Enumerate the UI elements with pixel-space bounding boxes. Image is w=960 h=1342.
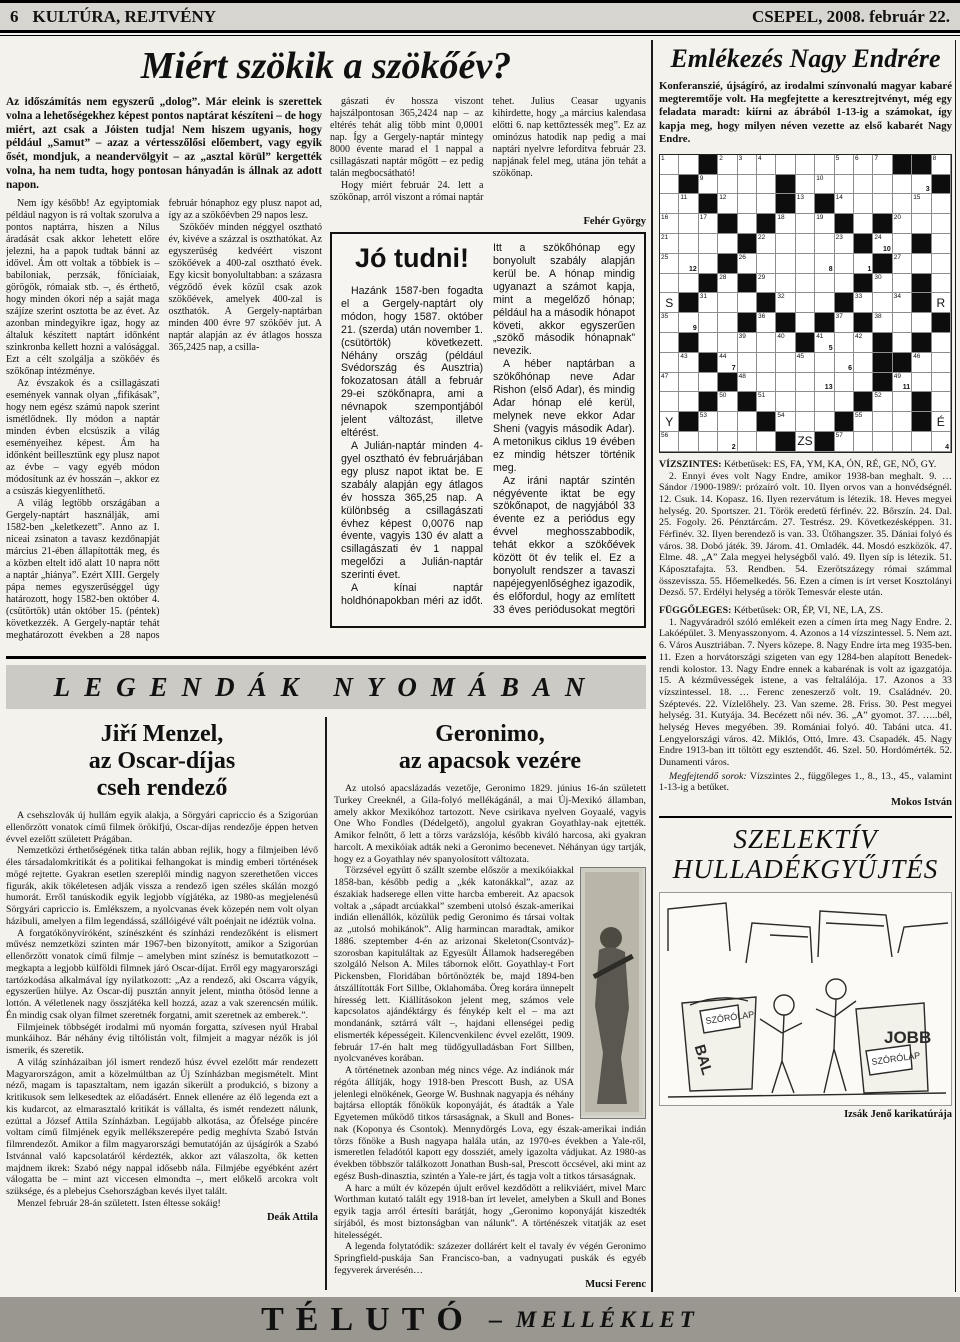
crossword-cell[interactable]	[893, 194, 912, 214]
crossword-cell[interactable]: 28	[718, 274, 737, 294]
crossword-cell[interactable]	[718, 293, 737, 313]
calendar-headline: Miért szökik a szökőév?	[6, 44, 646, 88]
crossword-cell[interactable]: 8	[815, 254, 834, 274]
crossword-black-cell	[738, 234, 757, 254]
crossword-cell[interactable]	[776, 392, 795, 412]
crossword-cell[interactable]: 50	[718, 392, 737, 412]
section-rule	[6, 656, 646, 659]
crossword-cell[interactable]: 31	[699, 293, 718, 313]
crossword-cell[interactable]: 9	[699, 175, 718, 195]
crossword-cell[interactable]	[893, 412, 912, 432]
crossword-cell[interactable]: É	[932, 412, 951, 432]
crossword-cell[interactable]	[912, 432, 931, 452]
crossword-cell[interactable]: 8	[932, 155, 951, 175]
calendar-article: Az időszámítás nem egyszerű „dolog”. Már…	[6, 96, 646, 650]
crossword-cell[interactable]: 10	[815, 175, 834, 195]
crossword-cell[interactable]: 2	[718, 155, 737, 175]
page-number: 6	[10, 7, 19, 27]
crossword-cell[interactable]	[699, 313, 718, 333]
menzel-body: A csehszlovák új hullám egyik alakja, a …	[6, 810, 318, 1210]
crossword-cell[interactable]: 4	[757, 155, 776, 175]
crossword-black-cell	[699, 274, 718, 294]
crossword-cell[interactable]	[873, 432, 892, 452]
crossword-cell[interactable]: 33	[854, 293, 873, 313]
crossword-cell[interactable]: 34	[893, 293, 912, 313]
crossword-cell[interactable]	[796, 313, 815, 333]
crossword-cell[interactable]: 46	[912, 353, 931, 373]
crossword-cell[interactable]: 45	[796, 353, 815, 373]
crossword-cell[interactable]: 48	[738, 373, 757, 393]
crossword-cell[interactable]	[738, 214, 757, 234]
selective-rule	[659, 816, 952, 818]
masthead-rules	[0, 30, 960, 36]
geronimo-body-rest-wrap: Törzsével együtt ő szállt szembe először…	[334, 865, 646, 1276]
crossword-black-cell	[718, 254, 737, 274]
main-section: Miért szökik a szökőév? Az időszámítás n…	[6, 42, 646, 1290]
crossword-cell[interactable]	[757, 254, 776, 274]
crossword-cell[interactable]	[699, 333, 718, 353]
crossword-cell[interactable]	[932, 194, 951, 214]
crossword-cell[interactable]	[835, 274, 854, 294]
calendar-author: Fehér György	[330, 216, 646, 227]
crossword-cell[interactable]: 47	[660, 373, 679, 393]
memorial-headline: Emlékezés Nagy Endrére	[659, 44, 952, 74]
crossword-cell[interactable]	[796, 373, 815, 393]
column-divider	[651, 40, 653, 1292]
footer-subtitle: MELLÉKLET	[516, 1307, 699, 1333]
crossword-black-cell	[912, 155, 931, 175]
legends-divider	[325, 717, 327, 1289]
crossword-black-cell	[679, 293, 698, 313]
legends-articles: Jiří Menzel,az Oscar-díjascseh rendező A…	[6, 717, 646, 1289]
memorial-lead: Konferanszié, újságíró, az irodalmi szín…	[659, 80, 952, 146]
crossword-cell[interactable]	[738, 293, 757, 313]
crossword-black-cell	[854, 313, 873, 333]
crossword-cell[interactable]	[932, 373, 951, 393]
crossword-cell[interactable]	[796, 214, 815, 234]
crossword-cell[interactable]: 5	[835, 155, 854, 175]
crossword-cell[interactable]: Y	[660, 412, 679, 432]
crossword-black-cell	[873, 214, 892, 234]
crossword-cell[interactable]: 17	[699, 214, 718, 234]
crossword-cell[interactable]	[912, 313, 931, 333]
crossword-cell[interactable]	[776, 234, 795, 254]
crossword-cell[interactable]: 15	[912, 194, 931, 214]
crossword-cell[interactable]	[815, 293, 834, 313]
crossword-black-cell	[757, 214, 776, 234]
crossword-cell[interactable]: 6	[835, 353, 854, 373]
crossword-cell[interactable]: 43	[679, 353, 698, 373]
crossword-black-cell	[893, 353, 912, 373]
crossword-cell[interactable]	[679, 155, 698, 175]
crossword-black-cell	[854, 234, 873, 254]
crossword-cell[interactable]	[738, 353, 757, 373]
crossword-cell[interactable]	[718, 412, 737, 432]
crossword-cell[interactable]: 27	[893, 254, 912, 274]
crossword-cell[interactable]: 20	[893, 214, 912, 234]
good-to-know-box: Jó tudni! Hazánk 1587-ben fogadta el a G…	[330, 232, 646, 628]
crossword-cell[interactable]: 36	[757, 313, 776, 333]
crossword-cell[interactable]	[757, 194, 776, 214]
crossword-cell[interactable]: 35	[660, 313, 679, 333]
across-clues: VÍZSZINTES: Kétbetűsek: ES, FA, YM, KA, …	[659, 459, 952, 599]
menzel-headline: Jiří Menzel,az Oscar-díjascseh rendező	[6, 721, 318, 802]
crossword-cell[interactable]: 1	[660, 155, 679, 175]
crossword-cell[interactable]	[815, 392, 834, 412]
crossword-black-cell	[796, 333, 815, 353]
crossword-black-cell	[912, 293, 931, 313]
crossword-cell[interactable]: 56	[660, 432, 679, 452]
crossword-cell[interactable]	[796, 234, 815, 254]
crossword-cell[interactable]: 9	[679, 313, 698, 333]
crossword-black-cell	[815, 313, 834, 333]
crossword-cell[interactable]	[854, 214, 873, 234]
crossword-cell[interactable]: 42	[854, 333, 873, 353]
cartoon-bin-right-label: JOBB	[884, 1028, 931, 1047]
puzzle-column: Emlékezés Nagy Endrére Konferanszié, újs…	[659, 42, 952, 1120]
crossword-cell[interactable]	[757, 175, 776, 195]
crossword-cell[interactable]	[893, 234, 912, 254]
crossword-black-cell	[835, 214, 854, 234]
crossword-cell[interactable]	[932, 214, 951, 234]
down-intro: Kétbetűsek: OR, ÉP, VI, NE, LA, ZS.	[734, 605, 883, 616]
crossword-cell[interactable]: 7	[873, 155, 892, 175]
selective-headline: SZELEKTÍVHULLADÉKGYŰJTÉS	[659, 824, 952, 884]
crossword-black-cell	[679, 175, 698, 195]
crossword-cell[interactable]	[835, 373, 854, 393]
crossword-author: Mokos István	[659, 797, 952, 808]
crossword-cell[interactable]: 21	[660, 234, 679, 254]
crossword-black-cell	[932, 313, 951, 333]
crossword-black-cell	[854, 274, 873, 294]
crossword-black-cell	[932, 175, 951, 195]
crossword-cell[interactable]	[796, 254, 815, 274]
crossword-cell[interactable]: 13	[796, 194, 815, 214]
footer-band: TÉLUTÓ – MELLÉKLET	[0, 1297, 960, 1342]
crossword-cell[interactable]	[757, 333, 776, 353]
crossword-black-cell	[815, 432, 834, 452]
crossword-cell[interactable]: 53	[699, 412, 718, 432]
crossword-cell[interactable]: 26	[738, 254, 757, 274]
crossword-cell[interactable]	[854, 175, 873, 195]
crossword-cell[interactable]: 4	[932, 432, 951, 452]
crossword-cell[interactable]: 2410	[873, 234, 892, 254]
crossword-cell[interactable]	[757, 353, 776, 373]
down-text: 1. Nagyváradról szóló emlékeit ezen a cí…	[659, 617, 952, 769]
crossword-cell[interactable]: 29	[757, 274, 776, 294]
crossword-black-cell	[893, 155, 912, 175]
crossword-cell[interactable]: 18	[776, 214, 795, 234]
crossword-cell[interactable]	[699, 373, 718, 393]
crossword-cell[interactable]	[679, 234, 698, 254]
crossword-cell[interactable]	[893, 432, 912, 452]
crossword-cell[interactable]: 415	[815, 333, 834, 353]
footer-title: TÉLUTÓ	[261, 1301, 475, 1339]
crossword-cell[interactable]: 16	[660, 214, 679, 234]
crossword-grid[interactable]: 1234567891031112131415161718192021222324…	[659, 154, 952, 453]
crossword-cell[interactable]	[796, 175, 815, 195]
crossword-black-cell	[835, 412, 854, 432]
crossword-cell[interactable]	[854, 353, 873, 373]
crossword-black-cell	[679, 412, 698, 432]
crossword-cell[interactable]	[776, 373, 795, 393]
crossword-cell[interactable]	[873, 412, 892, 432]
crossword-cell[interactable]	[776, 155, 795, 175]
article-geronimo: Geronimo,az apacsok vezére Az utolsó apa…	[334, 717, 646, 1289]
crossword-cell[interactable]	[815, 274, 834, 294]
crossword-cell[interactable]: 13	[815, 373, 834, 393]
crossword-cell[interactable]	[893, 313, 912, 333]
crossword-cell[interactable]	[660, 392, 679, 412]
crossword-cell[interactable]	[854, 373, 873, 393]
crossword-cell[interactable]: 14	[835, 194, 854, 214]
crossword-cell[interactable]	[679, 432, 698, 452]
crossword-cell[interactable]: 30	[873, 274, 892, 294]
crossword-black-cell	[757, 412, 776, 432]
crossword-black-cell	[776, 175, 795, 195]
crossword-cell[interactable]	[718, 333, 737, 353]
cartoon-caption: Izsák Jenő karikatúrája	[659, 1109, 952, 1120]
footer-dash: –	[489, 1305, 502, 1335]
crossword-cell[interactable]: 1	[854, 254, 873, 274]
across-text: 2. Ennyi éves volt Nagy Endre, amikor 19…	[659, 471, 952, 600]
crossword-black-cell	[776, 432, 795, 452]
crossword-cell[interactable]: 54	[776, 412, 795, 432]
crossword-black-cell	[699, 392, 718, 412]
crossword-cell[interactable]	[679, 214, 698, 234]
crossword-cell[interactable]	[932, 254, 951, 274]
crossword-black-cell	[738, 313, 757, 333]
crossword-cell[interactable]: 19	[815, 214, 834, 234]
crossword-cell[interactable]	[776, 274, 795, 294]
crossword-cell[interactable]	[873, 293, 892, 313]
crossword-cell[interactable]	[893, 333, 912, 353]
crossword-black-cell	[776, 194, 795, 214]
crossword-cell[interactable]: 3	[912, 175, 931, 195]
crossword-cell[interactable]	[932, 274, 951, 294]
crossword-cell[interactable]: 40	[776, 333, 795, 353]
crossword-cell[interactable]	[660, 274, 679, 294]
crossword-cell[interactable]: 39	[738, 333, 757, 353]
crossword-cell[interactable]	[835, 254, 854, 274]
crossword-cell[interactable]: 12	[679, 254, 698, 274]
crossword-cell[interactable]	[932, 353, 951, 373]
crossword-cell[interactable]: 37	[835, 313, 854, 333]
down-label: FÜGGŐLEGES:	[659, 605, 731, 616]
section-title: KULTÚRA, REJTVÉNY	[33, 7, 217, 27]
crossword-black-cell	[699, 353, 718, 373]
crossword-cell[interactable]	[796, 274, 815, 294]
geronimo-photo	[580, 867, 646, 1119]
crossword-cell[interactable]: 447	[718, 353, 737, 373]
crossword-black-cell	[873, 373, 892, 393]
crossword-cell[interactable]: 3	[738, 155, 757, 175]
crossword-cell[interactable]	[932, 392, 951, 412]
crossword-cell[interactable]	[815, 412, 834, 432]
crossword-cell[interactable]	[796, 293, 815, 313]
crossword-cell[interactable]	[699, 254, 718, 274]
crossword-cell[interactable]	[912, 373, 931, 393]
crossword-black-cell	[757, 293, 776, 313]
crossword-cell[interactable]: 2	[718, 432, 737, 452]
crossword-black-cell	[912, 234, 931, 254]
crossword-cell[interactable]: 25	[660, 254, 679, 274]
crossword-cell[interactable]	[660, 353, 679, 373]
crossword-cell[interactable]	[873, 175, 892, 195]
crossword-cell[interactable]	[718, 175, 737, 195]
crossword-cell[interactable]	[835, 333, 854, 353]
crossword-black-cell	[718, 373, 737, 393]
crossword-cell[interactable]	[738, 175, 757, 195]
crossword-black-cell	[738, 274, 757, 294]
crossword-cell[interactable]	[738, 194, 757, 214]
crossword-black-cell	[854, 392, 873, 412]
crossword-cell[interactable]	[854, 194, 873, 214]
crossword-black-cell	[873, 333, 892, 353]
crossword-cell[interactable]: 32	[776, 293, 795, 313]
crossword-cell[interactable]	[660, 333, 679, 353]
crossword-cell[interactable]: 57	[835, 432, 854, 452]
crossword-cell[interactable]	[718, 234, 737, 254]
crossword-cell[interactable]	[893, 274, 912, 294]
masthead: 6 KULTÚRA, REJTVÉNY CSEPEL, 2008. februá…	[0, 0, 960, 30]
crossword-cell[interactable]: ZS	[796, 432, 815, 452]
crossword-cell[interactable]	[699, 234, 718, 254]
crossword-black-cell	[815, 194, 834, 214]
cartoon: BAL SZÓRÓLAP JOBB SZÓRÓLAP	[659, 892, 952, 1106]
crossword-cell[interactable]	[854, 432, 873, 452]
crossword-cell[interactable]	[776, 254, 795, 274]
crossword-cell[interactable]	[932, 234, 951, 254]
crossword-cell[interactable]	[757, 373, 776, 393]
crossword-cell[interactable]	[835, 175, 854, 195]
crossword-cell[interactable]	[835, 392, 854, 412]
crossword-cell[interactable]	[679, 392, 698, 412]
crossword-cell[interactable]	[815, 155, 834, 175]
crossword-black-cell	[718, 214, 737, 234]
crossword-cell[interactable]: 11	[679, 194, 698, 214]
crossword-cell[interactable]	[718, 313, 737, 333]
calendar-columns-right: gászati év hossza viszont hajszálpontosa…	[330, 96, 646, 214]
crossword-black-cell	[912, 392, 931, 412]
crossword-cell[interactable]	[796, 392, 815, 412]
crossword-cell[interactable]	[738, 412, 757, 432]
crossword-cell[interactable]	[699, 432, 718, 452]
crossword-cell[interactable]: 38	[873, 313, 892, 333]
legends-banner: LEGENDÁK NYOMÁBAN	[6, 665, 646, 709]
crossword-black-cell	[738, 392, 757, 412]
geronimo-author: Mucsi Ferenc	[334, 1279, 646, 1290]
crossword-cell[interactable]: 12	[718, 194, 737, 214]
crossword-cell[interactable]: 55	[854, 412, 873, 432]
crossword-black-cell	[699, 194, 718, 214]
crossword-cell[interactable]	[660, 194, 679, 214]
issue-date: CSEPEL, 2008. február 22.	[752, 7, 950, 27]
crossword-cell[interactable]	[815, 234, 834, 254]
crossword-cell[interactable]	[776, 353, 795, 373]
crossword-cell[interactable]	[815, 353, 834, 373]
across-intro: Kétbetűsek: ES, FA, YM, KA, ÓN, RÉ, GE, …	[724, 459, 936, 470]
crossword-black-cell	[912, 274, 931, 294]
crossword-cell[interactable]: 6	[854, 155, 873, 175]
crossword-cell[interactable]	[660, 175, 679, 195]
crossword-cell[interactable]	[757, 432, 776, 452]
crossword-cell[interactable]: R	[932, 293, 951, 313]
crossword-cell[interactable]	[679, 274, 698, 294]
crossword-cell[interactable]	[912, 254, 931, 274]
crossword-cell[interactable]	[738, 432, 757, 452]
crossword-cell[interactable]: 52	[873, 392, 892, 412]
crossword-cell[interactable]	[679, 373, 698, 393]
crossword-cell[interactable]	[796, 412, 815, 432]
crossword-cell[interactable]: 22	[757, 234, 776, 254]
crossword-black-cell	[912, 333, 931, 353]
good-to-know-title: Jó tudni!	[341, 242, 483, 275]
crossword-black-cell	[679, 333, 698, 353]
crossword-black-cell	[776, 313, 795, 333]
geronimo-body-top: Az utolsó apacslázadás vezetője, Geronim…	[334, 783, 646, 865]
crossword-cell[interactable]: S	[660, 293, 679, 313]
menzel-author: Deák Attila	[6, 1212, 318, 1223]
calendar-lead: Az időszámítás nem egyszerű „dolog”. Már…	[6, 96, 322, 192]
crossword-cell[interactable]: 4911	[893, 373, 912, 393]
calendar-columns-left: Nem így később! Az egyiptomiak például n…	[6, 198, 322, 650]
crossword-cell[interactable]	[932, 333, 951, 353]
down-clues: FÜGGŐLEGES: Kétbetűsek: OR, ÉP, VI, NE, …	[659, 605, 952, 794]
crossword-cell[interactable]: 51	[757, 392, 776, 412]
crossword-black-cell	[699, 155, 718, 175]
crossword-cell[interactable]	[912, 214, 931, 234]
article-menzel: Jiří Menzel,az Oscar-díjascseh rendező A…	[6, 717, 318, 1289]
crossword-cell[interactable]	[796, 155, 815, 175]
crossword-cell[interactable]	[893, 392, 912, 412]
crossword-cell[interactable]	[893, 175, 912, 195]
crossword-black-cell	[835, 293, 854, 313]
crossword-cell[interactable]: 23	[835, 234, 854, 254]
newspaper-page: 6 KULTÚRA, REJTVÉNY CSEPEL, 2008. februá…	[0, 0, 960, 1342]
solve-label: Megfejtendő sorok:	[669, 771, 747, 782]
crossword-black-cell	[873, 353, 892, 373]
across-label: VÍZSZINTES:	[659, 459, 722, 470]
crossword-black-cell	[912, 412, 931, 432]
crossword-black-cell	[873, 254, 892, 274]
crossword-cell[interactable]	[873, 194, 892, 214]
geronimo-headline: Geronimo,az apacsok vezére	[334, 721, 646, 775]
page-edge-rule	[955, 40, 956, 1292]
